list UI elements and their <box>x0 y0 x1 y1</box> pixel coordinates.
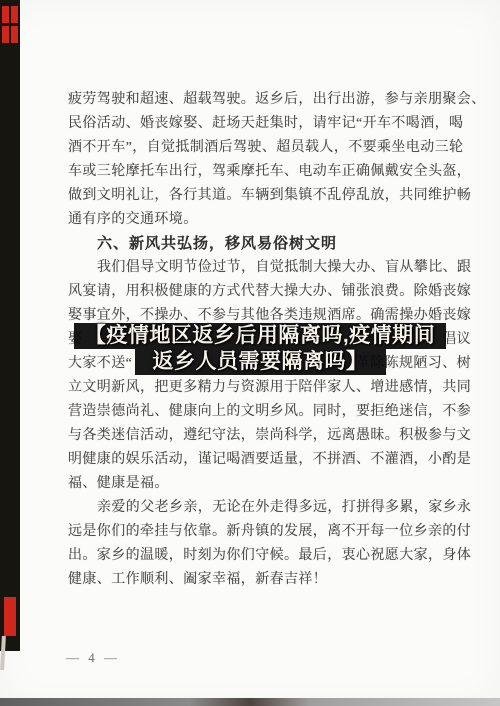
body-line: 做到文明礼让，各行其道。车辆到集镇不乱停乱放，共同维护畅 <box>68 184 447 208</box>
body-line: 明健康的娱乐活动，谨记喝酒要适量，不拼酒、不灌酒，小酌是 <box>68 448 447 472</box>
red-stamp-mark <box>2 26 9 43</box>
red-stamp-mark <box>2 6 9 23</box>
body-line: 疲劳驾驶和超速、超载驾驶。返乡后，出行出游，参与亲朋聚会、 <box>68 88 447 112</box>
body-line: 福、健康是福。 <box>68 472 447 496</box>
body-line: 健康、工作顺利、阖家幸福，新春吉祥！ <box>68 568 447 592</box>
bottom-scan-edge <box>0 698 500 706</box>
section-heading: 六、新风共弘扬，移风易俗树文明 <box>68 232 447 256</box>
body-line: 远是你们的牵挂与依靠。新舟镇的发展，离不开每一位乡亲的付 <box>68 520 447 544</box>
scanned-document-page: 疲劳驾驶和超速、超载驾驶。返乡后，出行出游，参与亲朋聚会、 民俗活动、婚丧嫁娶、… <box>0 0 500 706</box>
body-line: 我们倡导文明节俭过节，自觉抵制大操大办、盲从攀比、跟 <box>68 256 447 280</box>
body-line: 民俗活动、婚丧嫁娶、赶场天赶集时，请牢记“开车不喝酒，喝 <box>68 112 447 136</box>
body-line: 营造崇德尚礼、健康向上的文明乡风。同时，要拒绝迷信，不参 <box>68 400 447 424</box>
text-fragment: 倡议 <box>442 328 471 352</box>
body-line: 车或三轮摩托车出行，驾乘摩托车、电动车正确佩戴安全头盔， <box>68 160 447 184</box>
red-stamp-mark <box>11 26 18 43</box>
page-number: — 4 — <box>66 650 120 666</box>
red-stamp-mark <box>4 597 16 636</box>
caption-line-1: 【疫情地区返乡后用隔离吗,疫情期间 <box>74 323 446 349</box>
body-line: 出。家乡的温暖，时刻为你们守候。最后，衷心祝愿大家，身体 <box>68 544 447 568</box>
red-stamp-mark <box>11 6 18 23</box>
scan-smudge <box>0 636 6 670</box>
left-scan-edge-bar <box>0 0 20 651</box>
body-line: 风宴请，用积极健康的方式代替大操大办、铺张浪费。除婚丧嫁 <box>68 280 447 304</box>
body-line: 通有序的交通环境。 <box>68 208 447 232</box>
caption-overlay: 【疫情地区返乡后用隔离吗,疫情期间 返乡人员需要隔离吗】 <box>74 323 446 375</box>
body-line: 亲爱的父老乡亲，无论在外走得多远，打拼得多累，家乡永 <box>68 496 447 520</box>
body-line: 与各类迷信活动，遵纪守法，崇尚科学，远离愚昧。积极参与文 <box>68 424 447 448</box>
body-line: 酒不开车”，自觉抵制酒后驾驶、超员载人，不要乘坐电动三轮 <box>68 136 447 160</box>
caption-line-2-row: 返乡人员需要隔离吗】 <box>74 349 446 375</box>
body-line: 立文明新风，把更多精力与资源用于陪伴家人、增进感情，共同 <box>68 376 447 400</box>
caption-line-2: 返乡人员需要隔离吗】 <box>135 349 386 375</box>
